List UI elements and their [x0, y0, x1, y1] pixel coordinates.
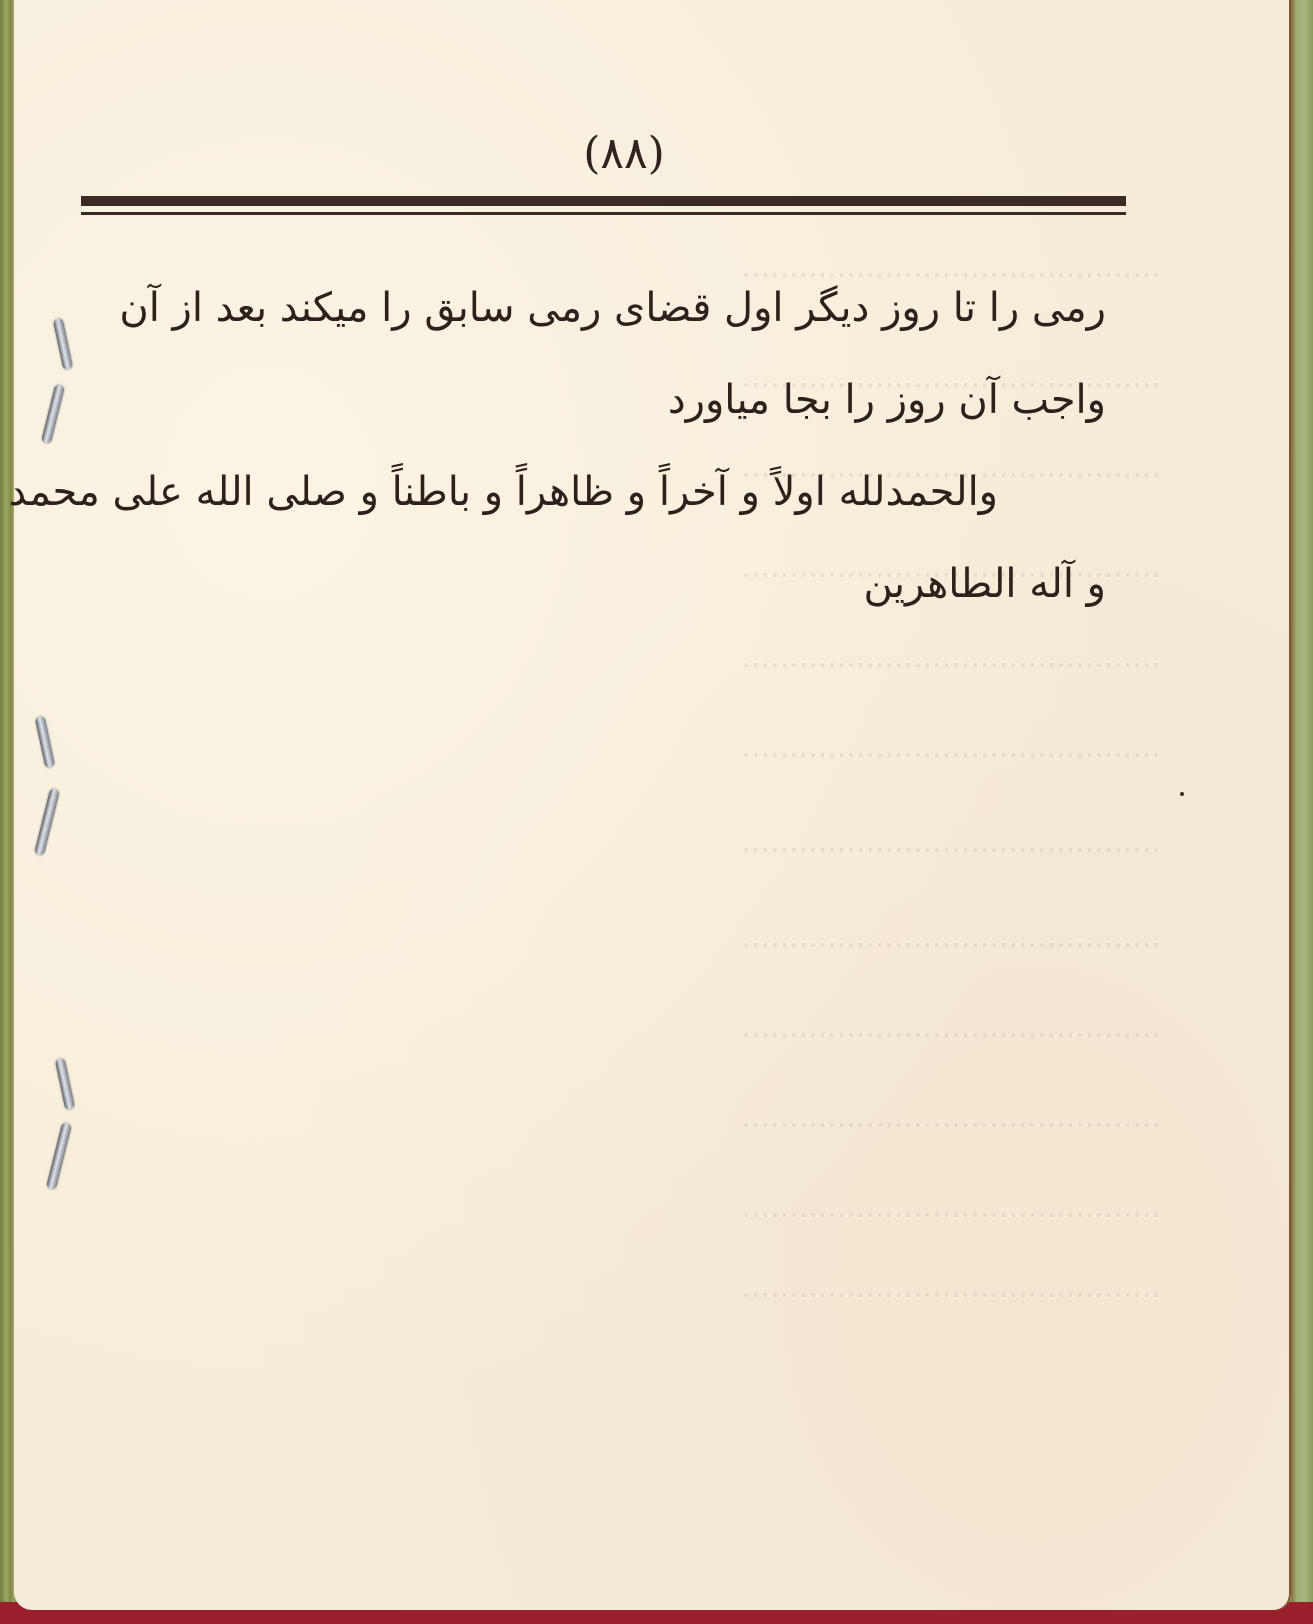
bleed-through-line: ........................................…	[134, 1100, 1161, 1135]
staple-icon	[46, 1122, 72, 1190]
text-line-1: رمی را تا روز دیگر اول قضای رمی سابق را …	[104, 268, 1106, 360]
bleed-through-line: ........................................…	[134, 825, 1161, 860]
staple-icon	[41, 384, 65, 445]
book-binding-left	[0, 0, 14, 1624]
page-body-text: رمی را تا روز دیگر اول قضای رمی سابق را …	[104, 268, 1106, 636]
staple-icon	[55, 1058, 76, 1111]
ink-speck	[1180, 792, 1184, 796]
text-line-2: واجب آن روز را بجا میاورد	[104, 360, 1106, 452]
staple-icon	[53, 318, 74, 371]
bleed-through-line: ........................................…	[134, 640, 1161, 675]
staple-icon	[34, 788, 60, 856]
header-rule-thick	[81, 196, 1126, 206]
bleed-through-line: ........................................…	[134, 920, 1161, 955]
staple-icon	[35, 716, 56, 769]
book-binding-right	[1291, 0, 1313, 1624]
text-line-3: والحمدلله اولاً و آخراً و ظاهراً و باطنا…	[104, 452, 1106, 544]
header-rule-thin	[81, 212, 1126, 215]
page-number: (۸۸)	[554, 128, 694, 179]
bleed-through-line: ........................................…	[134, 1010, 1161, 1045]
text-line-4: و آله الطاهرین	[104, 544, 1106, 636]
bleed-through-line: ........................................…	[134, 1270, 1161, 1305]
book-page: (۸۸) ...................................…	[14, 0, 1291, 1610]
bleed-through-line: ........................................…	[134, 730, 1161, 765]
bleed-through-line: ........................................…	[134, 1190, 1161, 1225]
